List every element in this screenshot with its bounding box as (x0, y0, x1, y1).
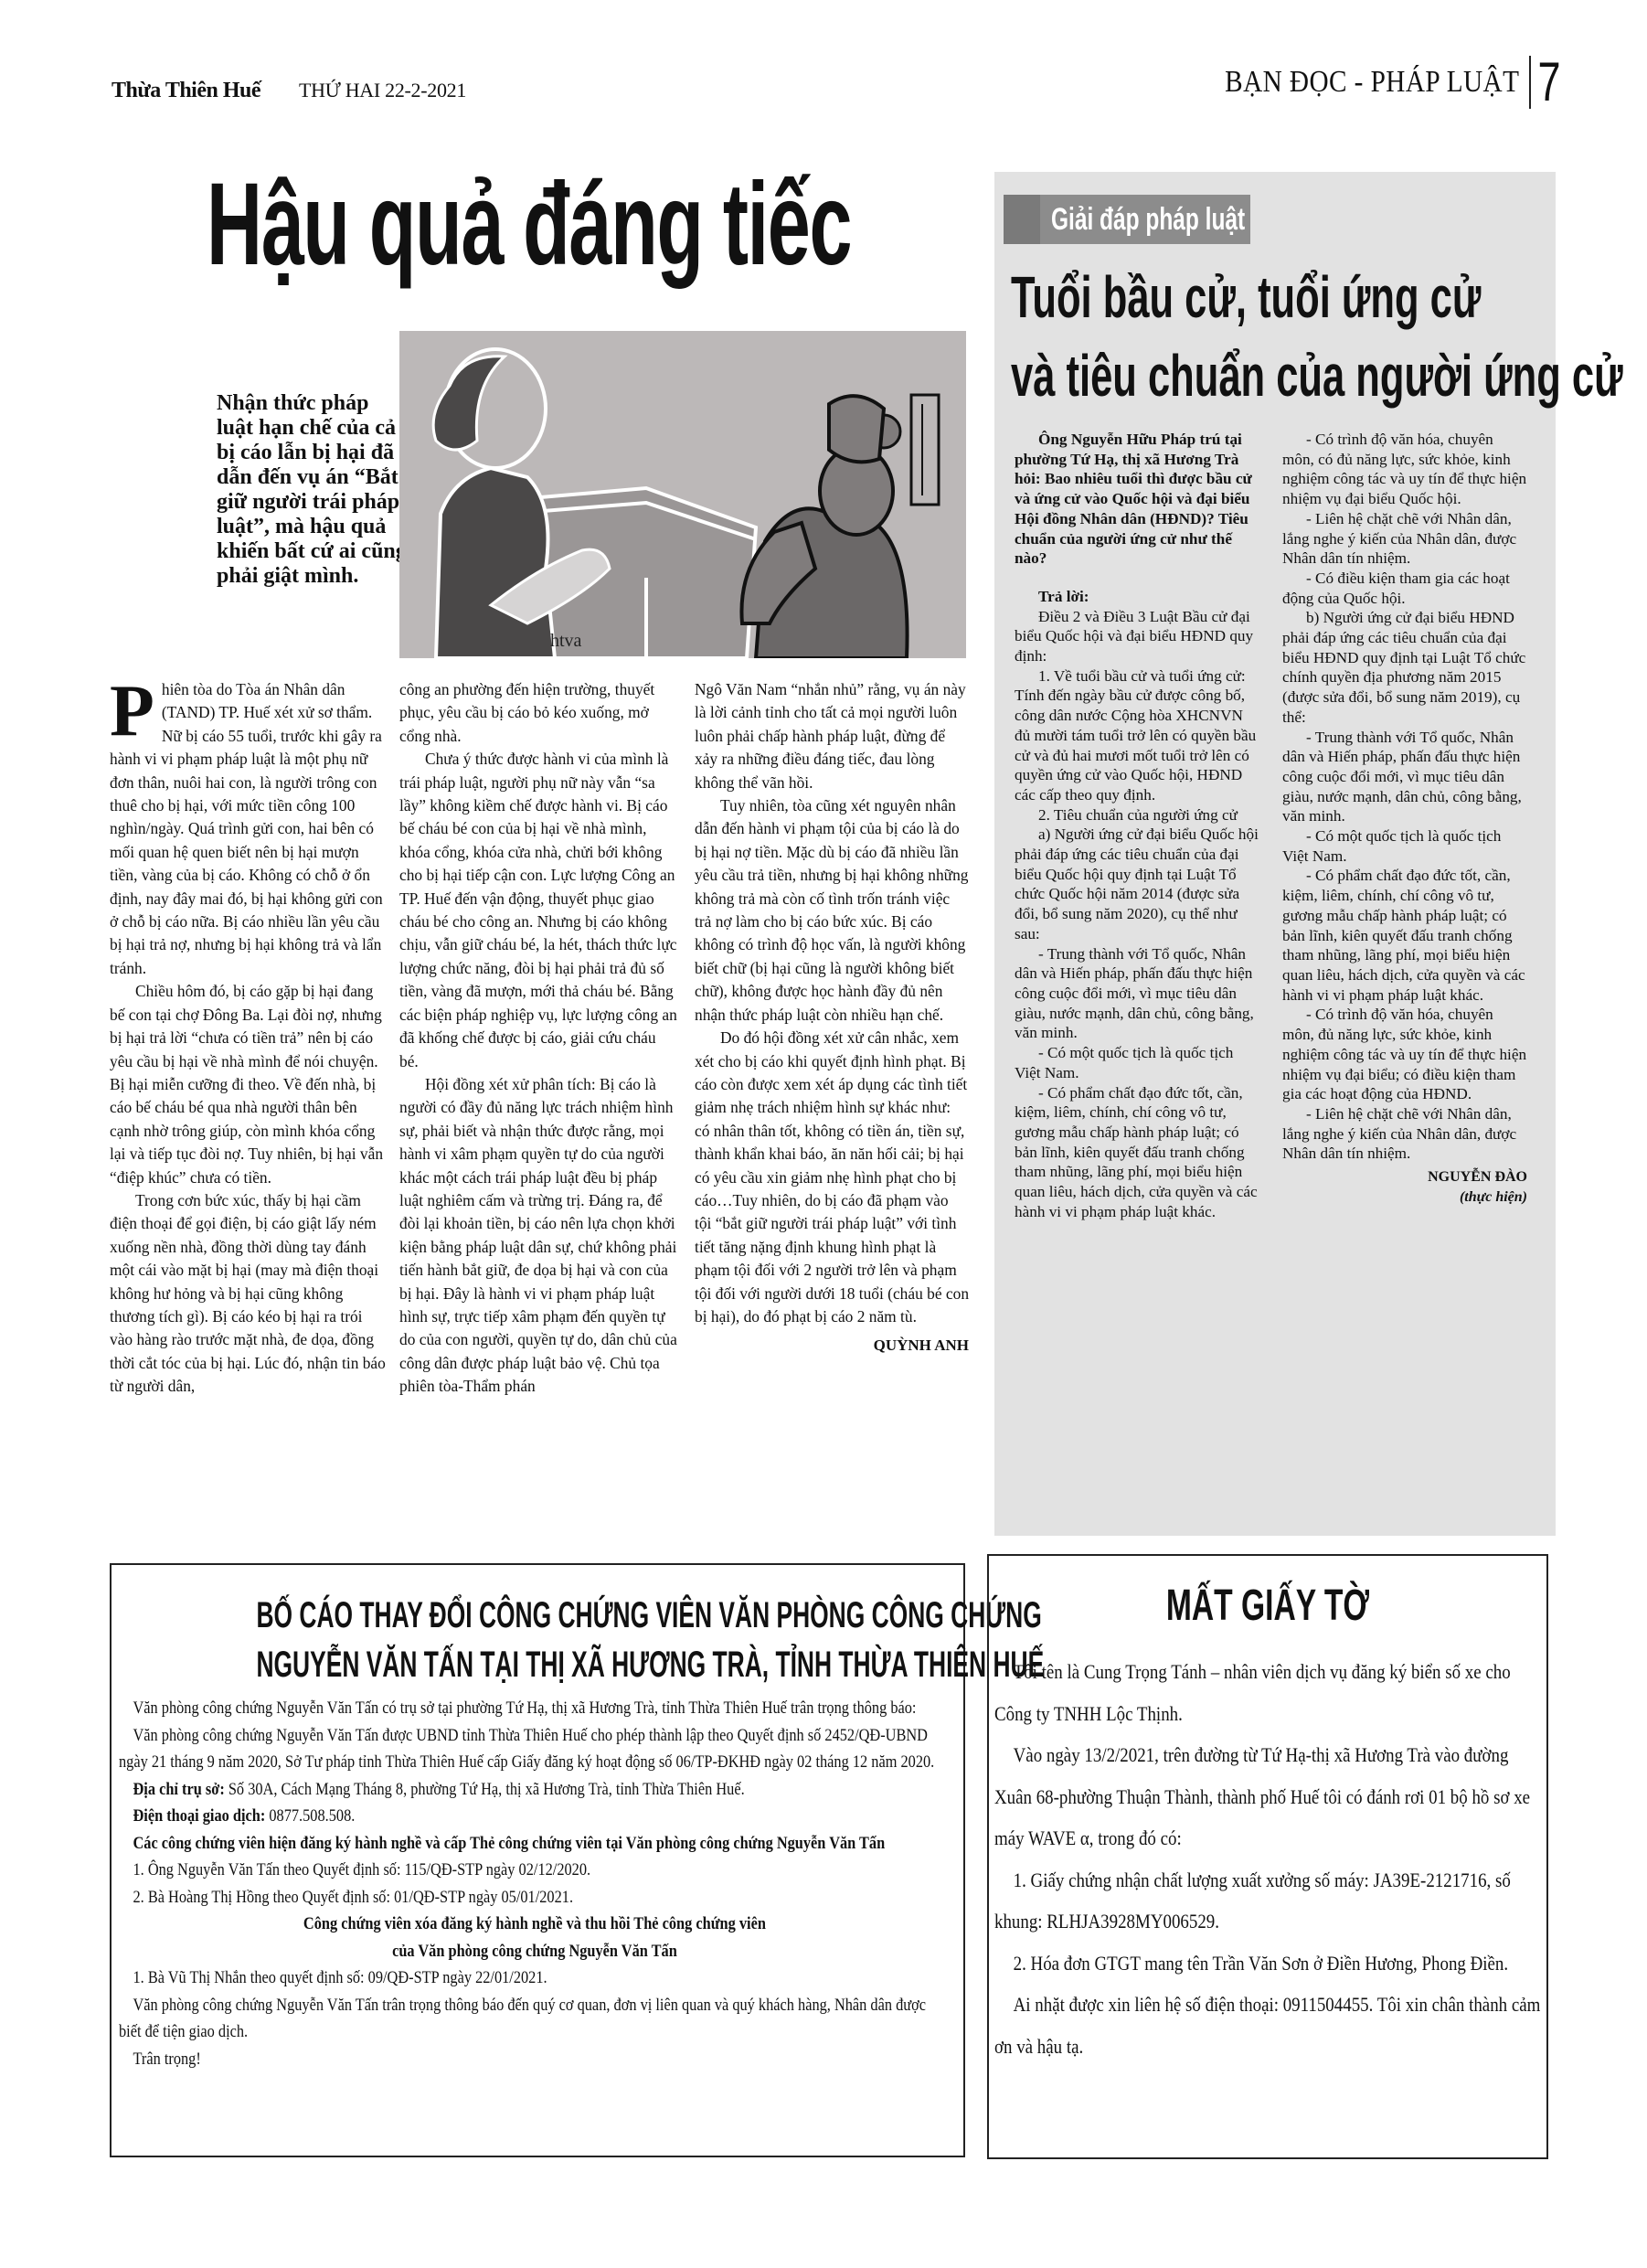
notice-registered-item: 1. Ông Nguyễn Văn Tấn theo Quyết định số… (119, 1857, 951, 1884)
legal-qa-box: Giải đáp pháp luật Tuổi bầu cử, tuổi ứng… (994, 172, 1556, 1536)
qa-paragraph: a) Người ứng cử đại biểu Quốc hội phải đ… (1015, 825, 1259, 943)
qa-column-2: - Có trình độ văn hóa, chuyên môn, có đủ… (1282, 430, 1527, 1207)
notice-removed-item: 1. Bà Vũ Thị Nhắn theo quyết định số: 09… (119, 1965, 951, 1992)
paper-name: Thừa Thiên Huế (112, 79, 260, 103)
illustration-signature: htva (550, 631, 582, 651)
masthead-right: BẠN ĐỌC - PHÁP LUẬT 7 (1175, 55, 1570, 110)
notice-registered-heading: Các công chứng viên hiện đăng ký hành ng… (119, 1830, 951, 1858)
notary-notice-body: Văn phòng công chứng Nguyễn Văn Tấn có t… (119, 1695, 951, 2072)
notary-notice: BỐ CÁO THAY ĐỔI CÔNG CHỨNG VIÊN VĂN PHÒN… (110, 1563, 965, 2157)
article-paragraph: Chiều hôm đó, bị cáo gặp bị hại đang bế … (110, 980, 388, 1189)
notice-paragraph: Văn phòng công chứng Nguyễn Văn Tấn trân… (119, 1992, 951, 2046)
masthead-left: Thừa Thiên Huế THỨ HAI 22-2-2021 (112, 79, 466, 103)
article-paragraph: Hội đồng xét xử phân tích: Bị cáo là ngư… (399, 1073, 678, 1399)
illustration-woman-holding-child-icon: htva (399, 331, 966, 658)
qa-tag-label: Giải đáp pháp luật (1051, 202, 1245, 237)
section-name: BẠN ĐỌC - PHÁP LUẬT (1225, 65, 1529, 100)
qa-paragraph: - Trung thành với Tổ quốc, Nhân dân và H… (1282, 728, 1527, 827)
qa-byline: NGUYỄN ĐÀO (1282, 1167, 1527, 1187)
qa-tag-stripe (1004, 195, 1040, 244)
article-illustration: htva (399, 331, 966, 658)
qa-question: Ông Nguyễn Hữu Pháp trú tại phường Tứ Hạ… (1015, 430, 1259, 569)
article-headline: Hậu quả đáng tiếc (207, 166, 851, 283)
article-paragraph: Trong cơn bức xúc, thấy bị hại cầm điện … (110, 1189, 388, 1399)
notice-paragraph: 1. Giấy chứng nhận chất lượng xuất xưởng… (994, 1859, 1545, 1943)
page-number: 7 (1531, 55, 1561, 110)
article-paragraph: Chưa ý thức được hành vi của mình là trá… (399, 748, 678, 1073)
notice-removed-heading: của Văn phòng công chứng Nguyễn Văn Tấn (119, 1938, 951, 1965)
article-byline: QUỲNH ANH (695, 1334, 969, 1357)
lost-documents-notice: MẤT GIẤY TỜ Tôi tên là Cung Trọng Tánh –… (987, 1554, 1548, 2159)
article-paragraph: Tuy nhiên, tòa cũng xét nguyên nhân dẫn … (695, 794, 969, 1027)
article-paragraph: Phiên tòa do Tòa án Nhân dân (TAND) TP. … (110, 678, 388, 980)
qa-paragraph: Điều 2 và Điều 3 Luật Bầu cử đại biểu Qu… (1015, 607, 1259, 666)
notice-signoff: Trân trọng! (119, 2046, 951, 2073)
qa-byline-sub: (thực hiện) (1282, 1187, 1527, 1208)
qa-title: Tuổi bầu cử, tuổi ứng cử và tiêu chuẩn c… (1011, 258, 1623, 415)
qa-paragraph: - Có một quốc tịch là quốc tịch Việt Nam… (1015, 1043, 1259, 1082)
notice-address: Địa chỉ trụ sở: Số 30A, Cách Mạng Tháng … (119, 1776, 951, 1804)
article-column-2: công an phường đến hiện trường, thuyết p… (399, 678, 678, 1399)
article-paragraph: Do đó hội đồng xét xử cân nhắc, xem xét … (695, 1027, 969, 1328)
article-paragraph: công an phường đến hiện trường, thuyết p… (399, 678, 678, 748)
issue-date: THỨ HAI 22-2-2021 (299, 79, 466, 102)
qa-paragraph: - Liên hệ chặt chẽ với Nhân dân, lắng ng… (1282, 509, 1527, 569)
qa-paragraph: - Có phẩm chất đạo đức tốt, cần, kiệm, l… (1282, 866, 1527, 1005)
qa-section-tag: Giải đáp pháp luật (1004, 195, 1250, 244)
qa-answer-label: Trả lời: (1015, 587, 1259, 607)
qa-paragraph: - Có trình độ văn hóa, chuyên môn, đủ nă… (1282, 1005, 1527, 1104)
article-paragraph: Ngô Văn Nam “nhắn nhủ” rằng, vụ án này l… (695, 678, 969, 794)
notice-paragraph: Văn phòng công chứng Nguyễn Văn Tấn được… (119, 1722, 951, 1776)
notice-paragraph: Vào ngày 13/2/2021, trên đường từ Tứ Hạ-… (994, 1734, 1545, 1859)
qa-paragraph: - Trung thành với Tổ quốc, Nhân dân và H… (1015, 944, 1259, 1044)
article-sapo: Nhận thức pháp luật hạn chế của cả bị cá… (217, 391, 409, 589)
article-column-3: Ngô Văn Nam “nhắn nhủ” rằng, vụ án này l… (695, 678, 969, 1358)
notice-paragraph: Ai nhặt được xin liên hệ số điện thoại: … (994, 1984, 1545, 2067)
lost-documents-title: MẤT GIẤY TỜ (1073, 1581, 1463, 1631)
notary-notice-title: BỐ CÁO THAY ĐỔI CÔNG CHỨNG VIÊN VĂN PHÒN… (256, 1591, 818, 1689)
qa-paragraph: 2. Tiêu chuẩn của người ứng cử (1015, 805, 1259, 825)
qa-paragraph: b) Người ứng cử đại biểu HĐND phải đáp ứ… (1282, 608, 1527, 727)
qa-paragraph: - Có một quốc tịch là quốc tịch Việt Nam… (1282, 826, 1527, 866)
qa-paragraph: 1. Về tuổi bầu cử và tuổi ứng cử: Tính đ… (1015, 666, 1259, 805)
qa-column-1: Ông Nguyễn Hữu Pháp trú tại phường Tứ Hạ… (1015, 430, 1259, 1221)
notice-paragraph: 2. Hóa đơn GTGT mang tên Trần Văn Sơn ở … (994, 1943, 1545, 1985)
notice-paragraph: Văn phòng công chứng Nguyễn Văn Tấn có t… (119, 1695, 951, 1722)
article-column-1: Phiên tòa do Tòa án Nhân dân (TAND) TP. … (110, 678, 388, 1399)
notice-phone: Điện thoại giao dịch: 0877.508.508. (119, 1803, 951, 1830)
qa-paragraph: - Có điều kiện tham gia các hoạt động củ… (1282, 569, 1527, 608)
notice-removed-heading: Công chứng viên xóa đăng ký hành nghề và… (119, 1911, 951, 1938)
notice-paragraph: Tôi tên là Cung Trọng Tánh – nhân viên d… (994, 1651, 1545, 1734)
dropcap: P (110, 680, 154, 742)
lost-documents-body: Tôi tên là Cung Trọng Tánh – nhân viên d… (994, 1651, 1545, 2067)
qa-paragraph: - Có phẩm chất đạo đức tốt, cần, kiệm, l… (1015, 1083, 1259, 1222)
qa-paragraph: - Liên hệ chặt chẽ với Nhân dân, lắng ng… (1282, 1104, 1527, 1164)
qa-paragraph: - Có trình độ văn hóa, chuyên môn, có đủ… (1282, 430, 1527, 509)
notice-registered-item: 2. Bà Hoàng Thị Hồng theo Quyết định số:… (119, 1884, 951, 1911)
